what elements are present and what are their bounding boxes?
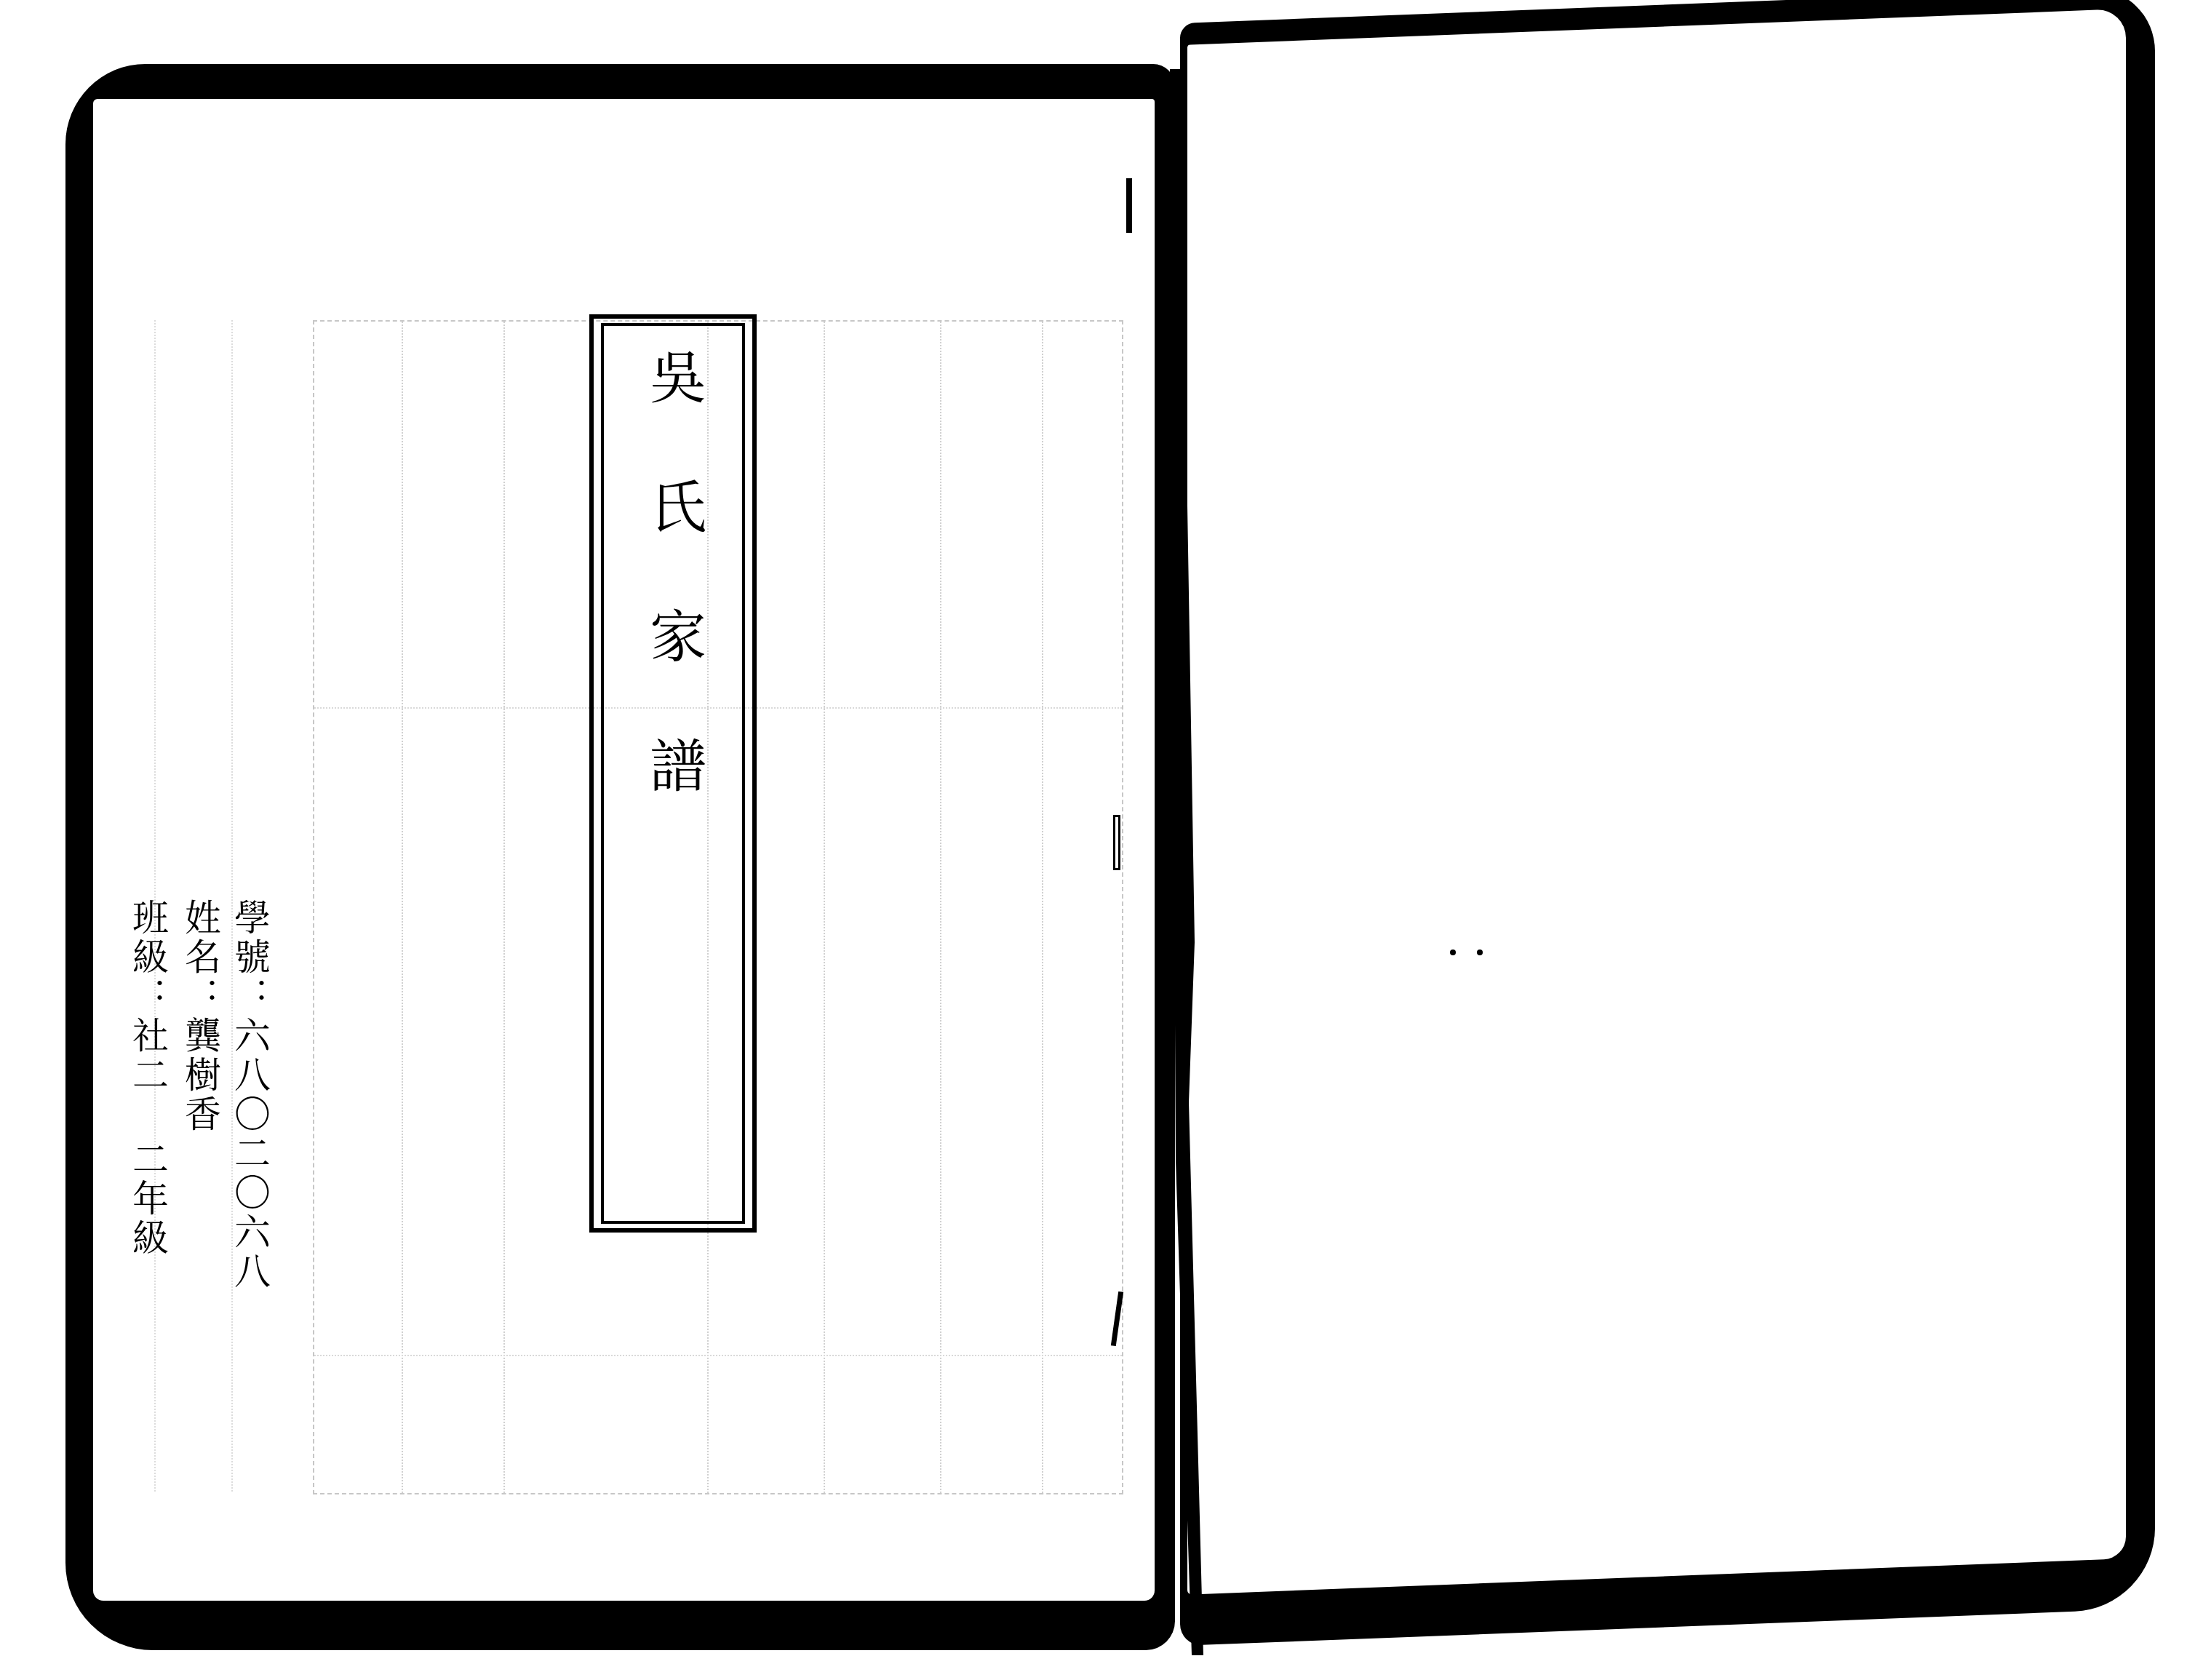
student-id-line: 學號：六八〇二〇六八 (231, 899, 268, 1291)
right-page-paper (1187, 9, 2126, 1595)
scanned-spread: 吳氏家譜 學號：六八〇二〇六八 姓名：龔樹香 班級：社二 二年級 (0, 0, 2195, 1680)
title-label-box: 吳氏家譜 (589, 314, 757, 1233)
right-page-frame (1180, 0, 2155, 1646)
book-spine (1170, 69, 1206, 1655)
student-name-line: 姓名：龔樹香 (182, 899, 218, 1134)
speck (1450, 950, 1456, 955)
margin-mark (1113, 815, 1120, 870)
margin-mark (1126, 178, 1132, 233)
student-class-line: 班級：社二 二年級 (130, 899, 166, 1258)
speck (1477, 950, 1483, 955)
speck (445, 89, 451, 95)
document-title: 吳氏家譜 (594, 348, 752, 1199)
